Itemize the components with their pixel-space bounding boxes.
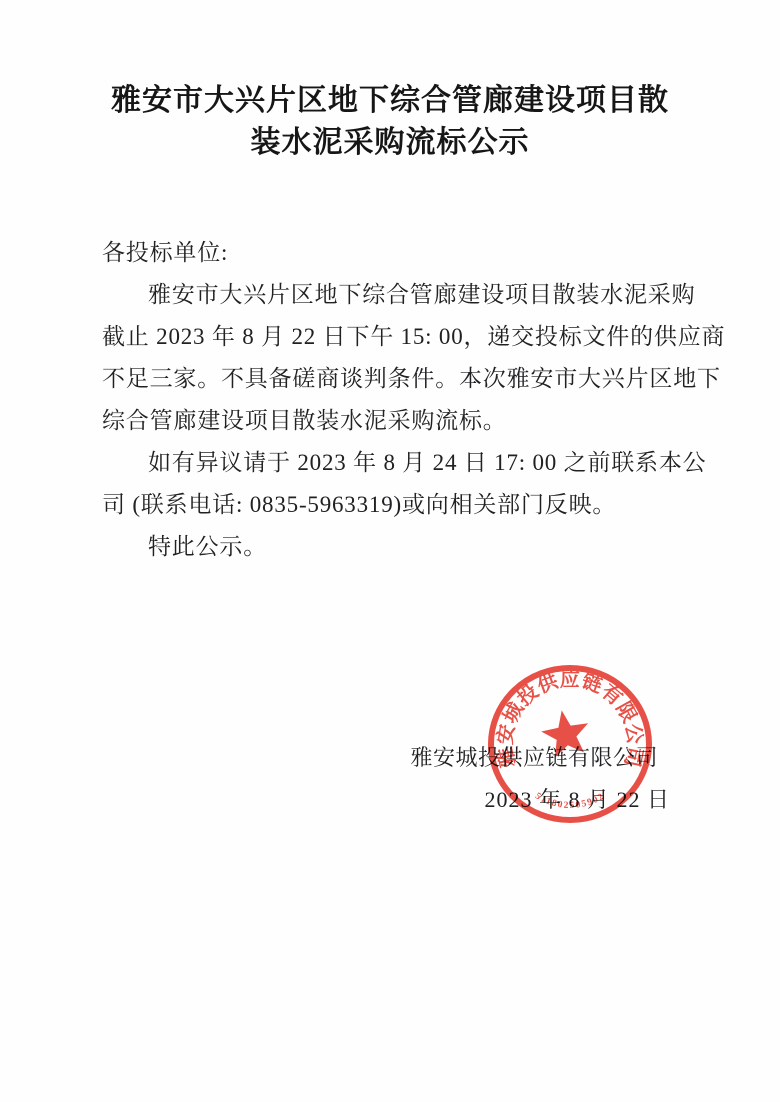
company-seal-stamp: 雅安城投供应链有限公司 511802505902: [487, 664, 653, 824]
star-icon: [541, 710, 588, 757]
body-line: 特此公示。: [102, 526, 702, 568]
salutation: 各投标单位:: [102, 232, 702, 274]
seal-arc-text: 雅安城投供应链有限公司: [492, 667, 646, 770]
title-line-1: 雅安市大兴片区地下综合管廊建设项目散: [111, 84, 669, 117]
title-line-2: 装水泥采购流标公示: [251, 126, 530, 159]
body-line: 截止 2023 年 8 月 22 日下午 15: 00，递交投标文件的供应商: [102, 316, 702, 358]
body-line: 雅安市大兴片区地下综合管廊建设项目散装水泥采购: [102, 274, 702, 316]
body-line: 如有异议请于 2023 年 8 月 24 日 17: 00 之前联系本公: [102, 442, 702, 484]
body-line: 司 (联系电话: 0835-5963319)或向相关部门反映。: [102, 484, 702, 526]
document-title: 雅安市大兴片区地下综合管廊建设项目散 装水泥采购流标公示: [0, 80, 780, 164]
document-page: 雅安市大兴片区地下综合管廊建设项目散 装水泥采购流标公示 各投标单位: 雅安市大…: [0, 0, 780, 1102]
document-body: 各投标单位: 雅安市大兴片区地下综合管廊建设项目散装水泥采购 截止 2023 年…: [102, 232, 702, 568]
body-line: 不足三家。不具备磋商谈判条件。本次雅安市大兴片区地下: [102, 358, 702, 400]
seal-serial-number: 511802505902: [533, 791, 607, 811]
body-line: 综合管廊建设项目散装水泥采购流标。: [102, 400, 702, 442]
